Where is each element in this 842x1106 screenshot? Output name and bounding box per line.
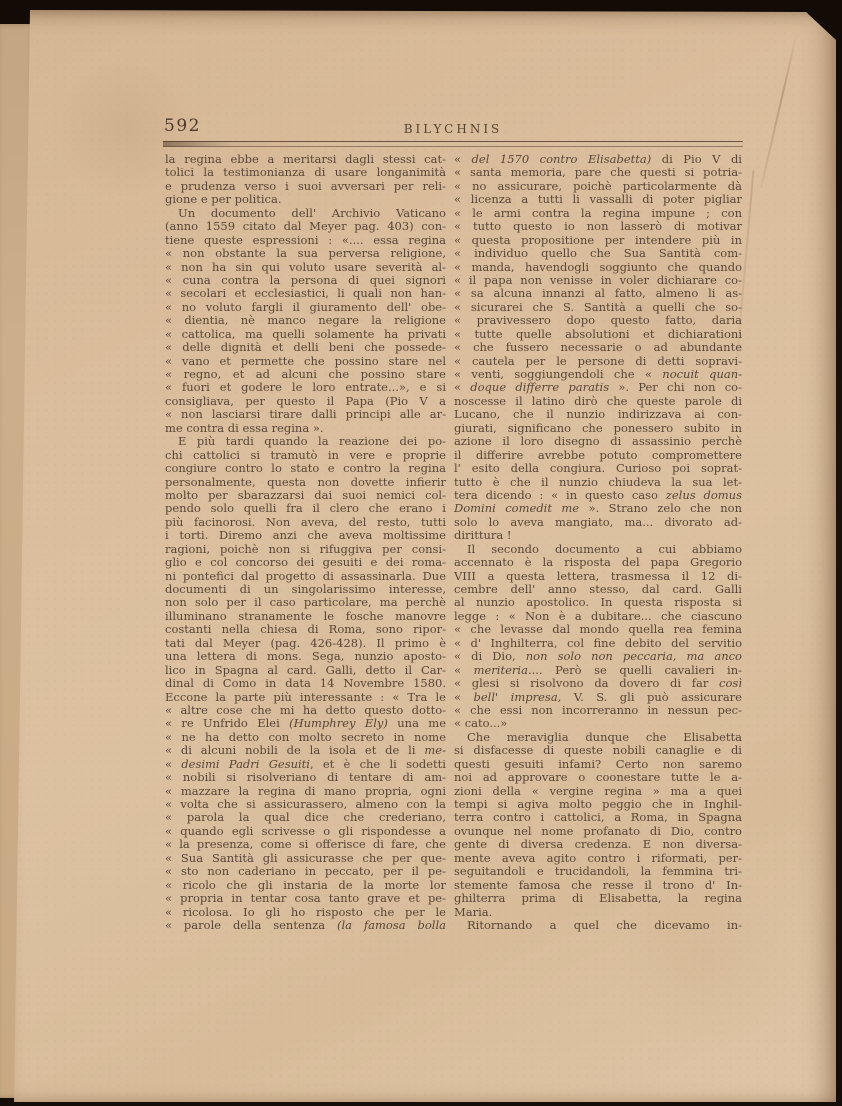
text-line: « regno, et ad alcuni che possino stare (165, 368, 446, 381)
text-line: « altre cose che mi ha detto questo dott… (165, 704, 446, 717)
text-line: Domini comedit me ». Strano zelo che non (454, 502, 742, 515)
text-line: « tutte quelle absolutioni et dichiarati… (454, 328, 742, 341)
text-line: tati dal Meyer (pag. 426-428). Il primo … (165, 637, 446, 650)
text-body: la regina ebbe a meritarsi dagli stessi … (165, 153, 742, 932)
journal-title: BILYCHNIS (163, 122, 743, 136)
text-column-right: « del 1570 contro Elisabetta) di Pio V d… (454, 153, 742, 932)
text-line: ghilterra prima di Elisabetta, la regina (454, 892, 742, 905)
text-line: « santa memoria, pare che questi si potr… (454, 166, 742, 179)
text-line: tera dicendo : « in questo caso zelus do… (454, 489, 742, 502)
text-line: « pravivessero dopo questo fatto, daria (454, 314, 742, 327)
text-line: legge : « Non è a dubitare... che ciascu… (454, 610, 742, 623)
text-line: glio e col concorso dei gesuiti e dei ro… (165, 556, 446, 569)
text-line: non solo per il caso particolare, ma per… (165, 596, 446, 609)
text-line: « vano et permette che possino stare nel (165, 355, 446, 368)
text-line: « doque differre paratis ». Per chi non … (454, 381, 742, 394)
text-line: una lettera di mons. Sega, nunzio aposto… (165, 650, 446, 663)
text-line: me contra di essa regina ». (165, 422, 446, 435)
text-line: l' esito della congiura. Curioso poi sop… (454, 462, 742, 475)
text-line: « non ha sin qui voluto usare severità a… (165, 261, 446, 274)
text-line: Eccone la parte più interessante : « Tra… (165, 691, 446, 704)
text-line: E più tardi quando la reazione dei po- (165, 435, 446, 448)
text-line: documenti di un singolarissimo interesse… (165, 583, 446, 596)
text-line: giurati, significano che ponessero subit… (454, 422, 742, 435)
text-line: « volta che si assicurassero, almeno con… (165, 798, 446, 811)
text-line: molto per sbarazzarsi dai suoi nemici co… (165, 489, 446, 502)
text-line: « tutto questo io non lasserò di motivar (454, 220, 742, 233)
text-line: gione e per politica. (165, 193, 446, 206)
header-rule-divider (163, 141, 743, 147)
text-line: « mazzare la regina di mano propria, ogn… (165, 785, 446, 798)
text-line: gente di diversa credenza. E non diversa… (454, 838, 742, 851)
text-line: seguitandoli e trucidandoli, la femmina … (454, 865, 742, 878)
text-line: Un documento dell' Archivio Vaticano (165, 207, 446, 220)
text-line: « che essi non incorreranno in nessun pe… (454, 704, 742, 717)
text-line: « sa alcuna innanzi al fatto, almeno li … (454, 287, 742, 300)
text-line: « no voluto fargli il giuramento dell' o… (165, 301, 446, 314)
text-line: « secolari et ecclesiastici, li quali no… (165, 287, 446, 300)
text-line: « cuna contra la persona di quei signori (165, 274, 446, 287)
text-line: illuminano stranamente le fosche manovre (165, 610, 446, 623)
text-line: Ritornando a quel che dicevamo in- (454, 919, 742, 932)
text-line: « venti, soggiungendoli che « nocuit qua… (454, 368, 742, 381)
text-line: il differire avrebbe potuto comprometter… (454, 449, 742, 462)
text-line: « desimi Padri Gesuiti, et è che li sode… (165, 758, 446, 771)
text-line: tolici la testimonianza di usare longani… (165, 166, 446, 179)
text-line: Il secondo documento a cui abbiamo (454, 543, 742, 556)
text-line: « di alcuni nobili de la isola et de li … (165, 744, 446, 757)
text-line: terra contro i cattolici, a Roma, in Spa… (454, 811, 742, 824)
text-line: si disfacesse di queste nobili canaglie … (454, 744, 742, 757)
text-line: « dientia, nè manco negare la religione (165, 314, 446, 327)
text-column-left: la regina ebbe a meritarsi dagli stessi … (165, 153, 446, 932)
text-line: Che meraviglia dunque che Elisabetta (454, 731, 742, 744)
text-line: « non obstante la sua perversa religione… (165, 247, 446, 260)
text-line: pendo solo quelli fra il clero che erano… (165, 502, 446, 515)
text-line: dirittura ! (454, 529, 742, 542)
text-line: e prudenza verso i suoi avversari per re… (165, 180, 446, 193)
text-line: azione il loro disegno di assassinio per… (454, 435, 742, 448)
text-line: ni pontefici dal progetto di assassinarl… (165, 570, 446, 583)
text-line: « cautela per le persone di detti soprav… (454, 355, 742, 368)
text-line: Lucano, che il nunzio indirizzava ai con… (454, 408, 742, 421)
text-line: ragioni, poichè non si rifuggiva per con… (165, 543, 446, 556)
text-line: lico in Spagna al card. Galli, detto il … (165, 664, 446, 677)
text-line: « che levasse dal mondo quella rea femin… (454, 623, 742, 636)
text-line: questi gesuiti infami? Certo non saremo (454, 758, 742, 771)
text-line: stemente famosa che resse il trono d' In… (454, 879, 742, 892)
text-line: « del 1570 contro Elisabetta) di Pio V d… (454, 153, 742, 166)
text-line: « la presenza, come si offerisce di fare… (165, 838, 446, 851)
text-line: « il papa non venisse in voler dichiarar… (454, 274, 742, 287)
text-line: tempi si agiva molto peggio che in Inghi… (454, 798, 742, 811)
text-line: « no assicurare, poichè particolarmente … (454, 180, 742, 193)
text-line: « parola la qual dice che crederiano, (165, 811, 446, 824)
text-line: « re Unfrido Elei (Humphrey Ely) una me (165, 717, 446, 730)
text-line: zioni della « vergine regina » ma a quei (454, 785, 742, 798)
text-line: accennato è la risposta del papa Gregori… (454, 556, 742, 569)
text-line: noscesse il latino dirò che queste parol… (454, 395, 742, 408)
text-line: « licenza a tutti li vassalli di poter p… (454, 193, 742, 206)
text-line: « bell' impresa, V. S. gli può assicurar… (454, 691, 742, 704)
text-line: « nobili si risolveriano di tentare di a… (165, 771, 446, 784)
text-line: « d' Inghilterra, col fine debito del se… (454, 637, 742, 650)
text-line: « non lasciarsi tirare dalli principi al… (165, 408, 446, 421)
text-line: cembre dell' anno stesso, dal card. Gall… (454, 583, 742, 596)
text-line: VIII a questa lettera, trasmessa il 12 d… (454, 570, 742, 583)
text-line: ovunque nel nome profanato di Dio, contr… (454, 825, 742, 838)
text-line: noi ad approvare o coonestare tutte le a… (454, 771, 742, 784)
text-line: « le armi contra la regina impune ; con (454, 207, 742, 220)
text-line: « questa propositione per intendere più … (454, 234, 742, 247)
text-line: « di Dio, non solo non peccaria, ma anco (454, 650, 742, 663)
text-line: « cato...» (454, 717, 742, 730)
text-line: dinal di Como in data 14 Novembre 1580. (165, 677, 446, 690)
text-line: « glesi si risolvono da dovero di far co… (454, 677, 742, 690)
text-line: tutto è che il nunzio chiudeva la sua le… (454, 476, 742, 489)
text-line: tiene queste espressioni : «.... essa re… (165, 234, 446, 247)
text-line: consigliava, per questo il Papa (Pio V a (165, 395, 446, 408)
text-line: più facinorosi. Non aveva, del resto, tu… (165, 516, 446, 529)
text-line: « individuo quello che Sua Santità com- (454, 247, 742, 260)
text-line: « ricolosa. Io gli ho risposto che per l… (165, 906, 446, 919)
text-line: i torti. Diremo anzi che aveva moltissim… (165, 529, 446, 542)
text-line: « parole della sentenza (la famosa bolla (165, 919, 446, 932)
text-line: « cattolica, ma quelli solamente ha priv… (165, 328, 446, 341)
text-line: mente aveva agito contro i riformati, pe… (454, 852, 742, 865)
text-line: Maria. (454, 906, 742, 919)
text-line: chi cattolici si tramutò in vere e propr… (165, 449, 446, 462)
text-line: al nunzio apostolico. In questa risposta… (454, 596, 742, 609)
text-line: personalmente, questa non dovette infier… (165, 476, 446, 489)
text-line: « delle dignità et delli beni che possed… (165, 341, 446, 354)
text-line: « Sua Santità gli assicurasse che per qu… (165, 852, 446, 865)
text-line: « meriteria.... Però se quelli cavalieri… (454, 664, 742, 677)
text-line: « quando egli scrivesse o gli rispondess… (165, 825, 446, 838)
text-line: congiure contro lo stato e contro la reg… (165, 462, 446, 475)
text-line: « manda, havendogli soggiunto che quando (454, 261, 742, 274)
text-line: la regina ebbe a meritarsi dagli stessi … (165, 153, 446, 166)
text-line: costanti nella chiesa di Roma, sono ripo… (165, 623, 446, 636)
text-line: « propria in tentar cosa tanto grave et … (165, 892, 446, 905)
text-line: « sto non caderiano in peccato, per il p… (165, 865, 446, 878)
paper-crease (760, 32, 798, 188)
text-line: solo lo aveva mangiato, ma... divorato a… (454, 516, 742, 529)
text-line: « sicurarei che S. Santità a quelli che … (454, 301, 742, 314)
text-line: (anno 1559 citato dal Meyer pag. 403) co… (165, 220, 446, 233)
text-line: « fuori et godere le loro entrate...», e… (165, 381, 446, 394)
text-line: « ricolo che gli instaria de la morte lo… (165, 879, 446, 892)
text-line: « ne ha detto con molto secreto in nome (165, 731, 446, 744)
text-line: « che fussero necessarie o ad abundante (454, 341, 742, 354)
book-page-scan: 592 BILYCHNIS la regina ebbe a meritarsi… (6, 10, 836, 1102)
